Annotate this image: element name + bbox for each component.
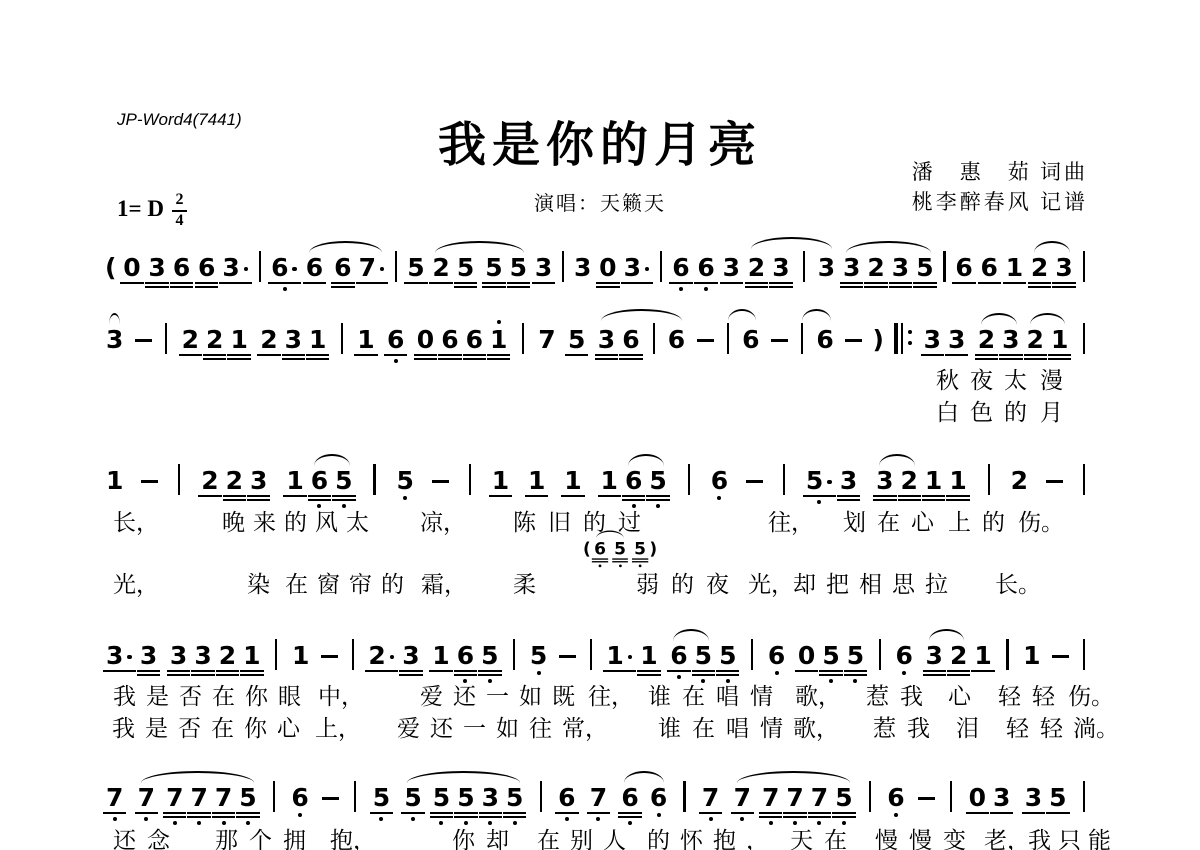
note-digit: 3 (926, 643, 943, 668)
lyric-segment: 上的 (948, 504, 1016, 537)
barline (469, 464, 471, 495)
note-digit: 2 (1031, 255, 1048, 280)
lyric-segment: 谁在唱情 (658, 710, 794, 743)
music-line-1: (036636667525553303663233323566123 (105, 252, 1088, 280)
beam-underline (454, 670, 477, 672)
note-digit: 6 (670, 643, 687, 668)
note-digit: 5 (695, 643, 712, 668)
note-digit: 3 (948, 327, 965, 352)
lyric-segment: 我是否在你眼 (113, 678, 311, 711)
note-digit: 5 (916, 255, 933, 280)
note: 2 (1026, 327, 1045, 352)
note-digit: 1 (606, 643, 623, 668)
note-digit: 2 (867, 255, 884, 280)
slur-group: 32 (925, 643, 969, 668)
note-digit: 2 (1011, 468, 1028, 493)
note-digit: 2 (260, 327, 277, 352)
note-digit: 3 (1055, 255, 1072, 280)
beam-underline (716, 670, 739, 672)
beam-underline (1028, 282, 1051, 284)
note: 7 (785, 785, 804, 810)
note-digit: 6 (198, 255, 215, 280)
lyric-segment: 伤。 (1068, 678, 1114, 711)
lyric-segment: 伤。 (1018, 504, 1064, 537)
music-line-2: 32212311606617536666)332321 (105, 324, 1088, 352)
note-digit: 3 (723, 255, 740, 280)
beam-underline (598, 495, 621, 497)
low-octave-dot (740, 817, 744, 821)
beam-underline (489, 495, 512, 497)
barline (1083, 781, 1085, 812)
note: 7 (165, 785, 184, 810)
note: 2 (259, 327, 278, 352)
note: 1 (948, 468, 967, 493)
note-digit: 7 (702, 785, 719, 810)
note-digit: 6 (711, 468, 728, 493)
lyric-segment: 爱还一如既 (420, 678, 585, 711)
beam-underline (745, 282, 768, 284)
lyric-row-4: 光，染在窗帘的霜，柔弱的夜光，却把相思拉长。 (0, 566, 1200, 594)
barline (801, 323, 803, 354)
note: 3 (401, 643, 420, 668)
beam-group: 03 (598, 255, 651, 280)
lyric-segment: 白色的 (936, 394, 1038, 427)
beam-underline (637, 670, 660, 672)
note: 6 (710, 468, 729, 493)
note: 5 (480, 643, 499, 668)
beam-underline (370, 812, 393, 814)
lyric-segment: 还念 (113, 822, 181, 850)
note: 5 (484, 255, 503, 280)
note: 5 (633, 540, 646, 557)
beam-underline (170, 282, 193, 284)
time-signature-denominator: 4 (175, 213, 183, 230)
note: 7 (105, 785, 124, 810)
slur-group: 77775 (733, 785, 854, 810)
beam-underline (454, 816, 477, 818)
lyric-segment: 歌， (795, 678, 841, 711)
note-digit: 7 (762, 785, 779, 810)
beam-underline (356, 282, 389, 284)
sheet-music-page: JP-Word4(7441) 我是你的月亮 潘 惠 茹 词曲 桃李醉春风 记谱 … (0, 0, 1200, 850)
low-octave-dot (379, 817, 383, 821)
barline (727, 323, 729, 354)
beam-underline (303, 282, 326, 284)
beam-underline (819, 674, 842, 676)
beam-underline (587, 812, 610, 814)
slur-group: 65 (593, 540, 626, 557)
note-digit: 2 (368, 643, 385, 668)
lyric-segment: 惹我 (873, 710, 941, 743)
note-digit: 5 (568, 327, 585, 352)
beam-underline (283, 495, 306, 497)
beam-group: 35 (1024, 785, 1068, 810)
repeat-sign (894, 323, 912, 352)
beam-underline (621, 282, 654, 284)
low-octave-dot (894, 813, 898, 817)
duration-dash (697, 339, 714, 342)
note: 3 (573, 255, 592, 280)
note: 5 (821, 643, 840, 668)
lyric-segment: 上， (315, 710, 361, 743)
note: 2 (181, 327, 200, 352)
note-digit: 5 (433, 785, 450, 810)
lyric-segment: 谁在唱情 (648, 678, 784, 711)
slur-group: 23 (977, 327, 1021, 352)
note-digit: 0 (798, 643, 815, 668)
note: 1 (491, 468, 510, 493)
beam-group: 655 (669, 643, 737, 668)
barline (178, 464, 180, 495)
beam-underline (716, 674, 739, 676)
beam-underline (487, 358, 510, 360)
beam-underline (612, 561, 628, 562)
note: 6 (593, 540, 606, 557)
beam-underline (429, 282, 452, 284)
beam-group: 055 (797, 643, 865, 668)
beam-underline (236, 812, 259, 814)
beam-underline (975, 358, 998, 360)
note: 7 (733, 785, 752, 810)
note: 5 (403, 785, 422, 810)
note-digit: 0 (123, 255, 140, 280)
note: 3 (105, 643, 134, 668)
note: 1 (924, 468, 943, 493)
note: 3 (1054, 255, 1073, 280)
note-digit: 3 (194, 643, 211, 668)
slur-group: 66 (620, 785, 668, 810)
low-octave-dot (403, 496, 407, 500)
note: 3 (1001, 327, 1020, 352)
beam-underline (478, 674, 501, 676)
beam-underline (592, 558, 608, 559)
beam-underline (745, 286, 768, 288)
note-digit: 5 (847, 643, 864, 668)
note: 5 (648, 468, 667, 493)
note: 6 (815, 327, 834, 352)
note-digit: 3 (993, 785, 1010, 810)
note-digit: 3 (624, 255, 641, 280)
augmentation-dot (390, 655, 395, 660)
beam-underline (525, 495, 548, 497)
note: 6 (621, 327, 640, 352)
beam-underline (1022, 812, 1045, 814)
note-digit: 6 (625, 468, 642, 493)
note: 5 (834, 785, 853, 810)
note-digit: 0 (969, 785, 986, 810)
barline (259, 251, 261, 282)
beam-underline (240, 670, 263, 672)
beam-underline (170, 286, 193, 288)
low-octave-dot (537, 671, 541, 675)
note: 3 (623, 255, 652, 280)
note: 0 (598, 255, 617, 280)
note-digit: 1 (230, 327, 247, 352)
note-digit: 1 (925, 468, 942, 493)
lyric-segment: 的怀抱， (647, 822, 779, 850)
beam-underline (769, 282, 792, 284)
note-digit: 3 (106, 327, 123, 352)
beam-underline (365, 670, 398, 672)
beam-underline (873, 499, 896, 501)
note-digit: 1 (357, 327, 374, 352)
beam-underline (1024, 354, 1047, 356)
beam-underline (223, 499, 246, 501)
beam-underline (438, 354, 461, 356)
beam-underline (212, 816, 235, 818)
note-digit: 6 (466, 327, 483, 352)
key-signature: 1= D 2 4 (117, 189, 187, 230)
note: 1 (308, 327, 327, 352)
note: 3 (722, 255, 741, 280)
note: 1 (285, 468, 304, 493)
beam-underline (699, 812, 722, 814)
note-digit: 6 (650, 785, 667, 810)
beam-underline (618, 816, 641, 818)
barline (395, 251, 397, 282)
slur-group: 65 (310, 468, 354, 493)
beam-underline (1046, 812, 1069, 814)
beam-underline (692, 670, 715, 672)
note: 1 (639, 643, 658, 668)
beam-underline (913, 286, 936, 288)
note-digit: 6 (896, 643, 913, 668)
note: 6 (172, 255, 191, 280)
beam-underline (923, 674, 946, 676)
note: 2 (1030, 255, 1049, 280)
beam-underline (167, 670, 190, 672)
low-octave-dot (709, 817, 713, 821)
duration-dash (432, 480, 449, 483)
note: 5 (529, 643, 548, 668)
note-digit: 5 (614, 540, 626, 557)
note: 7 (214, 785, 233, 810)
beam-underline (145, 286, 168, 288)
beam-underline (195, 286, 218, 288)
lyric-segment: 抱， (330, 822, 376, 850)
beam-underline (247, 495, 270, 497)
note: 3 (534, 255, 553, 280)
beam-underline (946, 495, 969, 497)
slur-group: 55535 (403, 785, 524, 810)
beam-underline (430, 812, 453, 814)
note-digit: 6 (306, 255, 323, 280)
note-digit: 5 (407, 255, 424, 280)
note-digit: 6 (697, 255, 714, 280)
note: 5 (406, 255, 425, 280)
lyric-segment: 中， (318, 678, 364, 711)
note-digit: 2 (226, 468, 243, 493)
lyric-segment: 天在 (790, 822, 858, 850)
barline (275, 639, 277, 670)
note-digit: 5 (835, 785, 852, 810)
note: 6 (270, 255, 299, 280)
note-digit: 7 (811, 785, 828, 810)
note-digit: 1 (949, 468, 966, 493)
note: 0 (968, 785, 987, 810)
note-digit: 1 (1051, 327, 1068, 352)
beam-underline (596, 282, 619, 284)
key-label: 1= D (117, 196, 164, 222)
lyric-segment: 泪 (956, 710, 979, 743)
note-digit: 1 (106, 468, 123, 493)
lyric-segment: 常， (562, 710, 608, 743)
beam-group: 7775 (761, 785, 854, 810)
beam-underline (227, 354, 250, 356)
note-digit: 3 (250, 468, 267, 493)
barline (1083, 639, 1085, 670)
beam-underline (487, 354, 510, 356)
note-digit: 1 (640, 643, 657, 668)
beam-underline (384, 354, 407, 356)
note-digit: 2 (201, 468, 218, 493)
beam-group: 53 (805, 468, 858, 493)
beam-group: 55 (484, 255, 528, 280)
note: 1 (356, 327, 375, 352)
beam-underline (332, 495, 355, 497)
note: 5 (509, 255, 528, 280)
barline (879, 639, 881, 670)
barline (988, 464, 990, 495)
beam-underline (203, 358, 226, 360)
note-digit: 1 (490, 327, 507, 352)
lyric-segment: 心 (948, 678, 971, 711)
beam-underline (592, 561, 608, 562)
barline (751, 639, 753, 670)
note: 1 (973, 643, 992, 668)
beam-underline (637, 674, 660, 676)
beam-underline (971, 670, 994, 672)
slur-group: 233 (747, 251, 836, 280)
beam-underline (864, 282, 887, 284)
note: 5 (915, 255, 934, 280)
note: 2 (977, 327, 996, 352)
beam-underline (463, 358, 486, 360)
note-digit: 6 (271, 255, 288, 280)
beam-underline (837, 499, 860, 501)
note: 2 (367, 643, 396, 668)
note-digit: 1 (492, 468, 509, 493)
beam-group: 23 (747, 255, 791, 280)
barline (943, 251, 945, 282)
barline (688, 464, 690, 495)
beam-underline (1028, 286, 1051, 288)
note: 6 (741, 327, 760, 352)
beam-underline (503, 816, 526, 818)
beam-underline (478, 670, 501, 672)
beam-underline (769, 286, 792, 288)
note-digit: 1 (292, 643, 309, 668)
note-digit: 5 (485, 255, 502, 280)
low-octave-dot (775, 671, 779, 675)
beam-underline (632, 561, 648, 562)
note-digit: 3 (772, 255, 789, 280)
low-octave-dot (298, 813, 302, 817)
augmentation-dot (292, 267, 297, 272)
repeat-dot (908, 341, 912, 345)
beam-underline (923, 670, 946, 672)
low-octave-dot (283, 287, 287, 291)
beam-underline (692, 674, 715, 676)
note-digit: 3 (535, 255, 552, 280)
beam-underline (873, 495, 896, 497)
note: 3 (925, 643, 944, 668)
note: 6 (980, 255, 999, 280)
beam-underline (163, 812, 186, 814)
note-digit: 6 (742, 327, 759, 352)
beam-underline (203, 354, 226, 356)
note: 3 (839, 468, 858, 493)
beam-underline (612, 558, 628, 559)
note: 5 (567, 327, 586, 352)
beam-underline (646, 499, 669, 501)
note: 2 (949, 643, 968, 668)
beam-group: 67 (333, 255, 386, 280)
note-digit: 5 (457, 785, 474, 810)
beam-underline (479, 816, 502, 818)
beam-group: 03 (968, 785, 1012, 810)
beam-underline (898, 495, 921, 497)
barline (352, 639, 354, 670)
beam-underline (555, 812, 578, 814)
beam-group: 36 (597, 327, 641, 352)
beam-group: 25 (431, 255, 475, 280)
note: 1 (600, 468, 619, 493)
beam-underline (454, 812, 477, 814)
note: 3 (771, 255, 790, 280)
note-digit: 6 (457, 643, 474, 668)
note: 6 (669, 643, 688, 668)
low-octave-dot (113, 817, 117, 821)
note: 3 (284, 327, 303, 352)
lyric-segment: 凉， (420, 504, 466, 537)
note: 5 (694, 643, 713, 668)
note: 3 (817, 255, 836, 280)
lyric-segment: 却把相思拉 (793, 566, 958, 599)
barline (660, 251, 662, 282)
beam-underline (783, 812, 806, 814)
duration-dash (559, 655, 576, 658)
beam-underline (759, 812, 782, 814)
note-digit: 2 (950, 643, 967, 668)
slur-group: 2555 (431, 255, 528, 280)
note: 5 (395, 468, 414, 493)
note-digit: 3 (222, 255, 239, 280)
beam-underline (595, 354, 618, 356)
low-octave-dot (679, 287, 683, 291)
slur-group: 6 (724, 323, 761, 352)
note-digit: 5 (506, 785, 523, 810)
lyric-segment: 往， (588, 678, 634, 711)
beam-underline (167, 674, 190, 676)
note-digit: 6 (955, 255, 972, 280)
slur-group: 366 (597, 323, 686, 352)
lyric-row-7: 还念那个拥抱，你却在别人的怀抱，天在慢慢变老，我只能 (0, 822, 1200, 850)
note-digit: 2 (901, 468, 918, 493)
lyric-segment: 光， (113, 566, 159, 599)
beam-underline (945, 354, 968, 356)
beam-underline (646, 495, 669, 497)
beam-group: 221 (181, 327, 249, 352)
note: 3 (249, 468, 268, 493)
note-digit: 7 (190, 785, 207, 810)
note-digit: 3 (285, 327, 302, 352)
slur-group: 65 (669, 643, 713, 668)
note: 5 (1048, 785, 1067, 810)
beam-underline (282, 354, 305, 356)
note: 1 (605, 643, 634, 668)
beam-underline (187, 812, 210, 814)
